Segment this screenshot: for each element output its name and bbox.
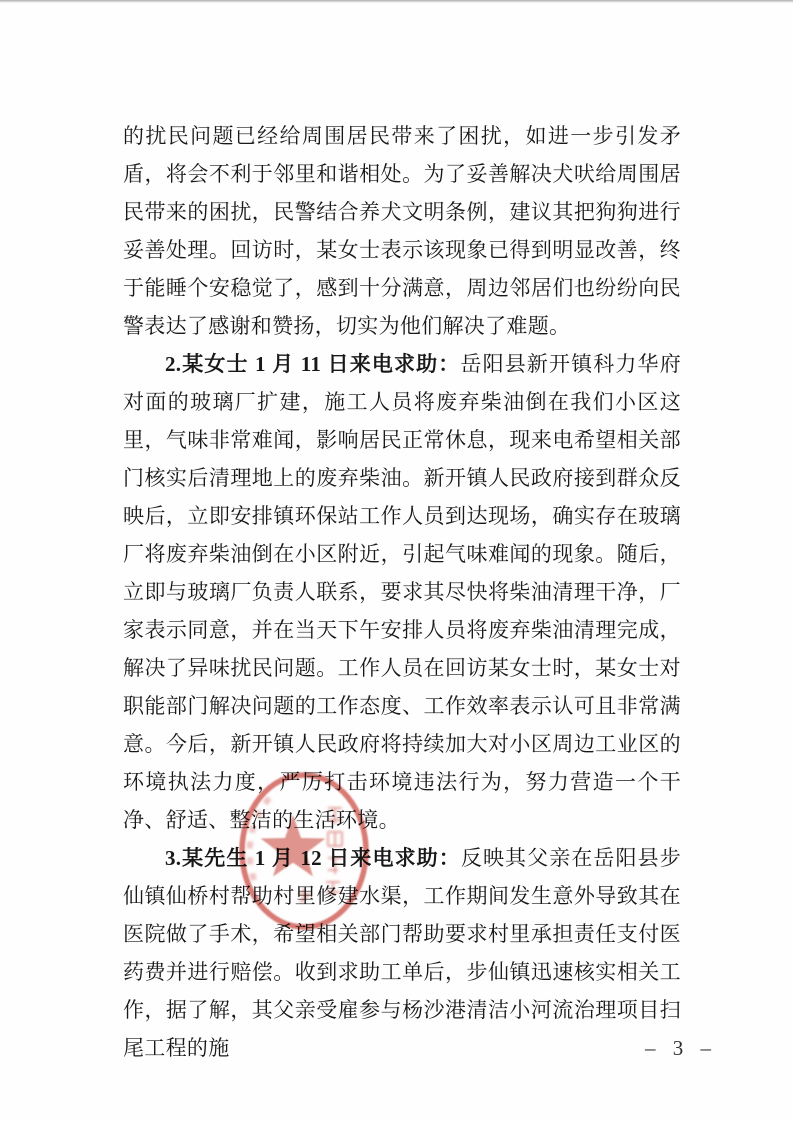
paragraph-case-3: 3.某先生 1 月 12 日来电求助：反映其父亲在岳阳县步仙镇仙桥村帮助村里修建… [123, 839, 681, 1067]
document-body: 的扰民问题已经给周围居民带来了困扰，如进一步引发矛盾，将会不利于邻里和谐相处。为… [123, 117, 681, 1067]
paragraph-lead: 2.某女士 1 月 11 日来电求助： [165, 352, 460, 376]
page-number: – 3 – [636, 1036, 726, 1061]
scanned-document-page: 的扰民问题已经给周围居民带来了困扰，如进一步引发矛盾，将会不利于邻里和谐相处。为… [0, 0, 793, 1121]
scan-edge-line [0, 0, 793, 3]
paragraph-case-2: 2.某女士 1 月 11 日来电求助：岳阳县新开镇科力华府对面的玻璃厂扩建，施工… [123, 345, 681, 839]
paragraph-text: 岳阳县新开镇科力华府对面的玻璃厂扩建，施工人员将废弃柴油倒在我们小区这里，气味非… [123, 352, 681, 832]
paragraph-lead: 3.某先生 1 月 12 日来电求助： [165, 846, 461, 870]
paragraph-continuation: 的扰民问题已经给周围居民带来了困扰，如进一步引发矛盾，将会不利于邻里和谐相处。为… [123, 117, 681, 345]
paragraph-text: 的扰民问题已经给周围居民带来了困扰，如进一步引发矛盾，将会不利于邻里和谐相处。为… [123, 124, 681, 338]
paragraph-text: 反映其父亲在岳阳县步仙镇仙桥村帮助村里修建水渠，工作期间发生意外导致其在医院做了… [123, 846, 681, 1060]
